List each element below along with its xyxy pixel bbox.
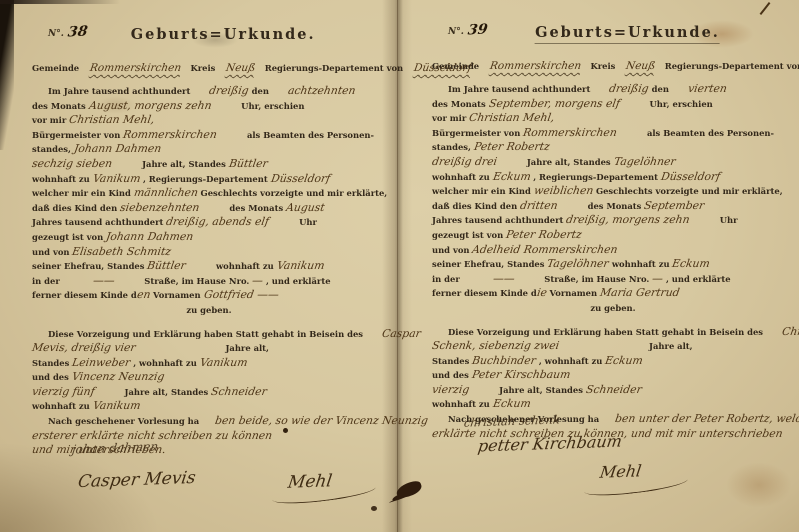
gemeinde-value: Rommerskirchen [489, 60, 582, 72]
handwritten-text: September, morgens elf [488, 97, 621, 112]
form-line: daß dies Kind den drittendes Monats Sept… [432, 197, 794, 212]
handwritten-text: Vincenz Neunzig [71, 370, 166, 385]
printed-text: in der [432, 274, 463, 284]
form-line: Im Jahre tausend achthundert dreißig den… [432, 80, 794, 95]
form-line: wohnhaft zu Vanikum [32, 397, 386, 412]
handwritten-text: siebenzehnten [119, 201, 201, 216]
printed-text: als Beamten des Personen- [247, 130, 374, 140]
handwritten-text: Tagelöhner [546, 257, 610, 272]
handwritten-text: Peter Kirschbaum [471, 368, 572, 383]
printed-text: wohnhaft zu [32, 174, 93, 184]
printed-text: Jahres tausend achthundert [432, 215, 566, 225]
printed-text: , Regierungs-Departement [530, 172, 661, 182]
handwritten-text: September [643, 199, 705, 214]
printed-text: welcher mir ein Kind [32, 188, 134, 198]
doc-number: 38 [67, 24, 89, 41]
form-line: welcher mir ein Kind weiblichen Geschlec… [432, 182, 794, 197]
handwritten-text: Eckum [491, 170, 531, 185]
handwritten-text: Büttler [228, 157, 269, 172]
form-line: wohnhaft zu Vanikum , Regierungs-Departe… [32, 170, 386, 185]
printed-text: Jahre alt, Standes [142, 159, 229, 169]
page-title: Geburts=Urkunde. [535, 24, 720, 44]
printed-text: als Beamten des Personen- [647, 128, 774, 138]
kreis-value: Neuß [226, 62, 257, 74]
printed-text: Straße, im Hause Nro. [544, 274, 652, 284]
handwritten-text: sechzig sieben [31, 157, 113, 172]
kreis-label: Kreis [190, 63, 215, 73]
handwritten-text: Maria Gertrud [599, 286, 681, 301]
handwritten-text: Schneider [585, 383, 643, 398]
printed-text: Vornamen [547, 288, 600, 298]
handwritten-text: dreißig drei [431, 155, 498, 170]
printed-text: , Regierungs-Departement [140, 174, 271, 184]
handwritten-text: Vanikum [199, 356, 249, 371]
certificate-page-left: N°. 38 Geburts=Urkunde. Gemeinde Rommers… [6, 0, 386, 532]
handwritten-text: Vanikum [275, 259, 325, 274]
form-line: in der ——Straße, im Hause Nro. — , und e… [32, 272, 386, 287]
printed-text: Geschlechts vorzeigte und mir erklärte, [593, 186, 783, 196]
printed-text: wohnhaft zu [216, 261, 277, 271]
printed-text: des Monats [32, 101, 89, 111]
handwritten-text: Leinweber [71, 356, 131, 371]
handwritten-text: dritten [519, 199, 559, 214]
printed-text: Im Jahre tausend achthundert [48, 86, 193, 96]
handwritten-text: dreißig, abends elf [165, 215, 270, 230]
handwritten-text: Büttler [146, 259, 187, 274]
printed-text: standes, [32, 144, 74, 154]
handwritten-text: Mevis, dreißig vier [31, 341, 137, 356]
handwritten-text: ie [536, 286, 548, 301]
printed-text: zu geben. [186, 305, 231, 315]
handwritten-text: Christian Mehl, [68, 113, 156, 128]
form-line: gezeugt ist von Peter Robertz [432, 226, 794, 241]
form-line: Schenk, siebenzig zweiJahre alt, [432, 337, 794, 352]
form-line: Jahres tausend achthundert dreißig, aben… [32, 213, 386, 228]
printed-text: in der [32, 276, 63, 286]
handwritten-text: Schenk, siebenzig zwei [431, 339, 560, 354]
printed-text: Jahre alt, [649, 341, 693, 351]
handwritten-text: achtzehnten [271, 84, 357, 99]
handwritten-text: Rommerskirchen [122, 128, 218, 143]
printed-text: Standes [32, 358, 72, 368]
page-header: N°. 39 Geburts=Urkunde. [432, 24, 794, 48]
handwritten-text: dreißig, morgens zehn [565, 213, 691, 228]
form-line: wohnhaft zu Eckum [432, 395, 794, 410]
printed-text: Vornamen [150, 290, 203, 300]
form-line: dreißig dreiJahre alt, Standes Tagelöhne… [432, 153, 794, 168]
printed-text: vor mir [32, 115, 69, 125]
handwritten-text: Elisabeth Schmitz [71, 245, 172, 260]
printed-text: des Monats [432, 99, 489, 109]
form-line: Standes Leinweber , wohnhaft zu Vanikum [32, 354, 386, 369]
printed-text: Bürgermeister von [432, 128, 523, 138]
gemeinde-label: Gemeinde [432, 61, 479, 71]
printed-text: gezeugt ist von [32, 232, 106, 242]
printed-text: wohnhaft zu [609, 259, 673, 269]
printed-text: seiner Ehefrau, Standes [32, 261, 147, 271]
handwritten-text: Peter Robertz [473, 140, 551, 155]
form-body: Im Jahre tausend achthundert dreißig den… [432, 80, 794, 439]
form-line: des Monats September, morgens elfUhr, er… [432, 95, 794, 110]
printed-text: Jahre alt, [225, 343, 269, 353]
handwritten-text: Peter Robertz [505, 228, 583, 243]
handwritten-text: ben unter der Peter Robertz, welcher [598, 412, 799, 427]
printed-text: Nach geschehener Vorlesung ha [48, 416, 199, 426]
printed-text: den [649, 84, 672, 94]
handwritten-text: vierzig [431, 383, 470, 398]
form-line: des Monats August, morgens zehnUhr, ersc… [32, 97, 386, 112]
form-line: in der ——Straße, im Hause Nro. — , und e… [432, 270, 794, 285]
form-line: Diese Vorzeigung und Erklärung haben Sta… [432, 323, 794, 338]
handwritten-text: männlichen [133, 186, 199, 201]
form-line: gezeugt ist von Johann Dahmen [32, 228, 386, 243]
form-line: zu geben. [432, 299, 794, 314]
kreis-label: Kreis [590, 61, 615, 71]
municipality-row: Gemeinde Rommerskirchen Kreis Neuß Regie… [432, 54, 794, 76]
kreis-value: Neuß [626, 60, 657, 72]
printed-text: gezeugt ist von [432, 230, 506, 240]
printed-text: Uhr [720, 215, 738, 225]
printed-text: und des [432, 370, 472, 380]
handwritten-text: Vanikum [91, 172, 141, 187]
signature-witness: Casper Mevis [77, 468, 197, 492]
regdep-label: Regierungs-Departement von [665, 61, 799, 71]
printed-text: Im Jahre tausend achthundert [448, 84, 593, 94]
printed-text: Diese Vorzeigung und Erklärung haben Sta… [48, 329, 366, 339]
handwritten-text: en [136, 288, 152, 303]
printed-text: seiner Ehefrau, Standes [432, 259, 547, 269]
printed-text: Uhr, erschien [241, 101, 304, 111]
form-line: Im Jahre tausend achthundert dreißig den… [32, 82, 386, 97]
signature-witness: petter Kirchbaum [477, 431, 624, 455]
form-line: Diese Vorzeigung und Erklärung haben Sta… [32, 325, 386, 340]
printed-text: wohnhaft zu [432, 399, 493, 409]
gemeinde-value: Rommerskirchen [89, 62, 182, 74]
form-line: wohnhaft zu Eckum , Regierungs-Departeme… [432, 168, 794, 183]
printed-text: des Monats [588, 201, 645, 211]
printed-text: Uhr [299, 217, 317, 227]
form-line: ferner diesem Kinde die Vornamen Maria G… [432, 284, 794, 299]
form-line: Bürgermeister von Rommerskirchenals Beam… [32, 126, 386, 141]
printed-text: Uhr, erschien [649, 99, 712, 109]
handwritten-text: Eckum [604, 354, 644, 369]
form-body: Im Jahre tausend achthundert dreißig den… [32, 82, 386, 456]
printed-text: Jahre alt, Standes [125, 387, 212, 397]
form-line: Bürgermeister von Rommerskirchenals Beam… [432, 124, 794, 139]
handwritten-text: Eckum [491, 397, 531, 412]
register-book-scan: N°. 38 Geburts=Urkunde. Gemeinde Rommers… [0, 0, 799, 532]
handwritten-text: —— [92, 274, 116, 289]
form-line: ersterer erklärte nicht schreiben zu kön… [32, 427, 386, 442]
printed-text: wohnhaft zu [432, 172, 493, 182]
form-line: daß dies Kind den siebenzehntendes Monat… [32, 199, 386, 214]
printed-text: Jahres tausend achthundert [32, 217, 166, 227]
handwritten-text: dreißig [592, 82, 650, 97]
printed-text: und des [32, 372, 72, 382]
handwritten-text: August [285, 201, 326, 216]
handwritten-text: Johann Dahmen [73, 142, 162, 157]
printed-text: , wohnhaft zu [536, 356, 605, 366]
printed-text: und von [432, 245, 472, 255]
page-title: Geburts=Urkunde. [131, 26, 316, 43]
handwritten-text: —— [492, 272, 516, 287]
printed-text: vor mir [432, 113, 469, 123]
printed-text: Bürgermeister von [32, 130, 123, 140]
handwritten-text: vierten [671, 82, 728, 97]
handwritten-text: Johann Dahmen [105, 230, 194, 245]
printed-text: , wohnhaft zu [130, 358, 199, 368]
printed-text: Standes [432, 356, 472, 366]
handwritten-text: Düsseldorf [269, 172, 330, 187]
form-line: vierzigJahre alt, Standes Schneider [432, 381, 794, 396]
handwritten-text: Gottfried —— [202, 288, 279, 303]
handwritten-text: Schneider [210, 385, 268, 400]
gutter-fold-line [397, 0, 398, 532]
handwritten-text: August, morgens zehn [88, 99, 213, 114]
form-line: vierzig fünfJahre alt, Standes Schneider [32, 383, 386, 398]
form-line: Mevis, dreißig vierJahre alt, [32, 339, 386, 354]
doc-number-label: N°. [48, 29, 64, 39]
handwritten-text: Vanikum [91, 399, 141, 414]
regdep-label: Regierungs-Departement von [265, 63, 403, 73]
printed-text: Diese Vorzeigung und Erklärung haben Sta… [448, 327, 766, 337]
printed-text: ferner diesem Kinde d [32, 290, 137, 300]
form-line: ferner diesem Kinde den Vornamen Gottfri… [32, 286, 386, 301]
form-line: welcher mir ein Kind männlichen Geschlec… [32, 184, 386, 199]
form-line: Jahres tausend achthundert dreißig, morg… [432, 211, 794, 226]
printed-text: wohnhaft zu [32, 401, 93, 411]
form-line: Standes Buchbinder , wohnhaft zu Eckum [432, 352, 794, 367]
form-line: und von Adelheid Rommerskirchen [432, 241, 794, 256]
handwritten-text: dreißig [192, 84, 250, 99]
doc-number-label: N°. [448, 27, 464, 37]
printed-text: den [249, 86, 272, 96]
handwritten-text: Christian [765, 325, 799, 340]
form-line: sechzig siebenJahre alt, Standes Büttler [32, 155, 386, 170]
form-line: und von Elisabeth Schmitz [32, 243, 386, 258]
form-line: zu geben. [32, 301, 386, 316]
printed-text: und von [32, 247, 72, 257]
printed-text: welcher mir ein Kind [432, 186, 534, 196]
printed-text: Straße, im Hause Nro. [144, 276, 252, 286]
handwritten-text: Eckum [671, 257, 711, 272]
municipality-row: Gemeinde Rommerskirchen Kreis Neuß Regie… [32, 56, 386, 78]
handwritten-text: Düsseldorf [660, 170, 721, 185]
handwritten-text: ben beide, so wie der Vincenz Neunzig [198, 414, 429, 429]
printed-text: daß dies Kind den [432, 201, 520, 211]
doc-number: 39 [467, 22, 489, 39]
handwritten-text: Christian Mehl, [468, 111, 556, 126]
handwritten-text: Adelheid Rommerskirchen [471, 243, 619, 258]
page-header: N°. 38 Geburts=Urkunde. [32, 26, 386, 50]
handwritten-text: vierzig fünf [31, 385, 96, 400]
gemeinde-label: Gemeinde [32, 63, 79, 73]
printed-text: Jahre alt, Standes [499, 385, 586, 395]
handwritten-text: Rommerskirchen [522, 126, 618, 141]
printed-text: Jahre alt, Standes [527, 157, 614, 167]
printed-text: des Monats [229, 203, 286, 213]
handwritten-text: Tagelöhner [612, 155, 676, 170]
printed-text: Geschlechts vorzeigte und mir erklärte, [198, 188, 388, 198]
printed-text: ferner diesem Kinde d [432, 288, 537, 298]
handwritten-text: weiblichen [533, 184, 595, 199]
printed-text: , und erklärte [663, 274, 730, 284]
form-line: Nach geschehener Vorlesung haben beide, … [32, 412, 386, 427]
printed-text: standes, [432, 142, 474, 152]
printed-text: zu geben. [590, 303, 635, 313]
handwritten-text: Buchbinder [471, 354, 537, 369]
certificate-page-right: N°. 39 Geburts=Urkunde. Gemeinde Rommers… [402, 0, 794, 532]
printed-text: , und erklärte [263, 276, 330, 286]
printed-text: daß dies Kind den [32, 203, 120, 213]
